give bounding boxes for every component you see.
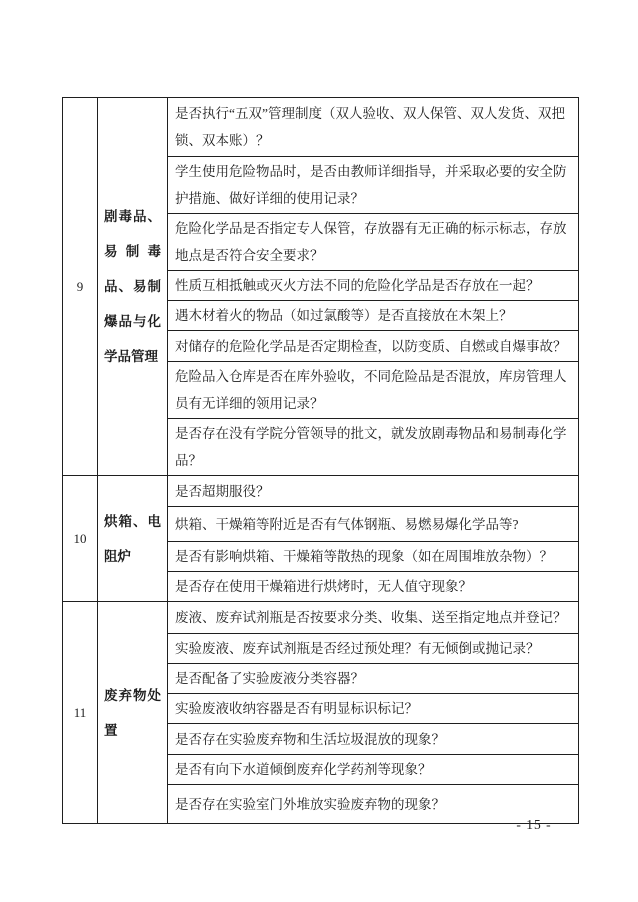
section-9-number: 9 [63, 98, 98, 476]
checklist-item: 是否有向下水道倾倒废弃化学药剂等现象？ [168, 755, 579, 785]
checklist-item: 是否存在使用干燥箱进行烘烤时，无人值守现象？ [168, 572, 579, 602]
section-10-number: 10 [63, 476, 98, 602]
section-10-category: 烘箱、电阻炉 [98, 476, 168, 602]
checklist-item: 是否有影响烘箱、干燥箱等散热的现象（如在周围堆放杂物）？ [168, 542, 579, 572]
section-11-number: 11 [63, 602, 98, 824]
checklist-item: 实验废液收纳容器是否有明显标识标记？ [168, 694, 579, 724]
checklist-item: 对储存的危险化学品是否定期检查，以防变质、自燃或自爆事故？ [168, 331, 579, 362]
document-page: 9 剧毒品、易制毒品、易制爆品与化学品管理 是否执行“五双”管理制度（双人验收、… [0, 0, 638, 902]
checklist-item: 学生使用危险物品时，是否由教师详细指导，并采取必要的安全防护措施、做好详细的使用… [168, 157, 579, 214]
checklist-item: 是否存在实验废弃物和生活垃圾混放的现象？ [168, 724, 579, 755]
checklist-item: 实验废液、废弃试剂瓶是否经过预处理？有无倾倒或抛记录？ [168, 634, 579, 664]
checklist-item: 危险化学品是否指定专人保管，存放器有无正确的标示标志，存放地点是否符合安全要求？ [168, 214, 579, 271]
checklist-item: 危险品入仓库是否在库外验收，不同危险品是否混放，库房管理人员有无详细的领用记录？ [168, 362, 579, 419]
checklist-item: 废液、废弃试剂瓶是否按要求分类、收集、送至指定地点并登记？ [168, 602, 579, 634]
section-11-category: 废弃物处置 [98, 602, 168, 824]
checklist-item: 是否执行“五双”管理制度（双人验收、双人保管、双人发货、双把锁、双本账）？ [168, 98, 579, 157]
page-number: - 15 - [498, 817, 570, 833]
checklist-item: 是否存在没有学院分管领导的批文，就发放剧毒物品和易制毒化学品？ [168, 419, 579, 476]
checklist-item: 烘箱、干燥箱等附近是否有气体钢瓶、易燃易爆化学品等? [168, 507, 579, 542]
checklist-item: 遇木材着火的物品（如过氯酸等）是否直接放在木架上？ [168, 301, 579, 331]
checklist-item: 性质互相抵触或灭火方法不同的危险化学品是否存放在一起？ [168, 271, 579, 301]
checklist-item: 是否超期服役？ [168, 476, 579, 507]
section-9-category: 剧毒品、易制毒品、易制爆品与化学品管理 [98, 98, 168, 476]
safety-checklist-table: 9 剧毒品、易制毒品、易制爆品与化学品管理 是否执行“五双”管理制度（双人验收、… [62, 97, 579, 824]
checklist-item: 是否配备了实验废液分类容器？ [168, 664, 579, 694]
